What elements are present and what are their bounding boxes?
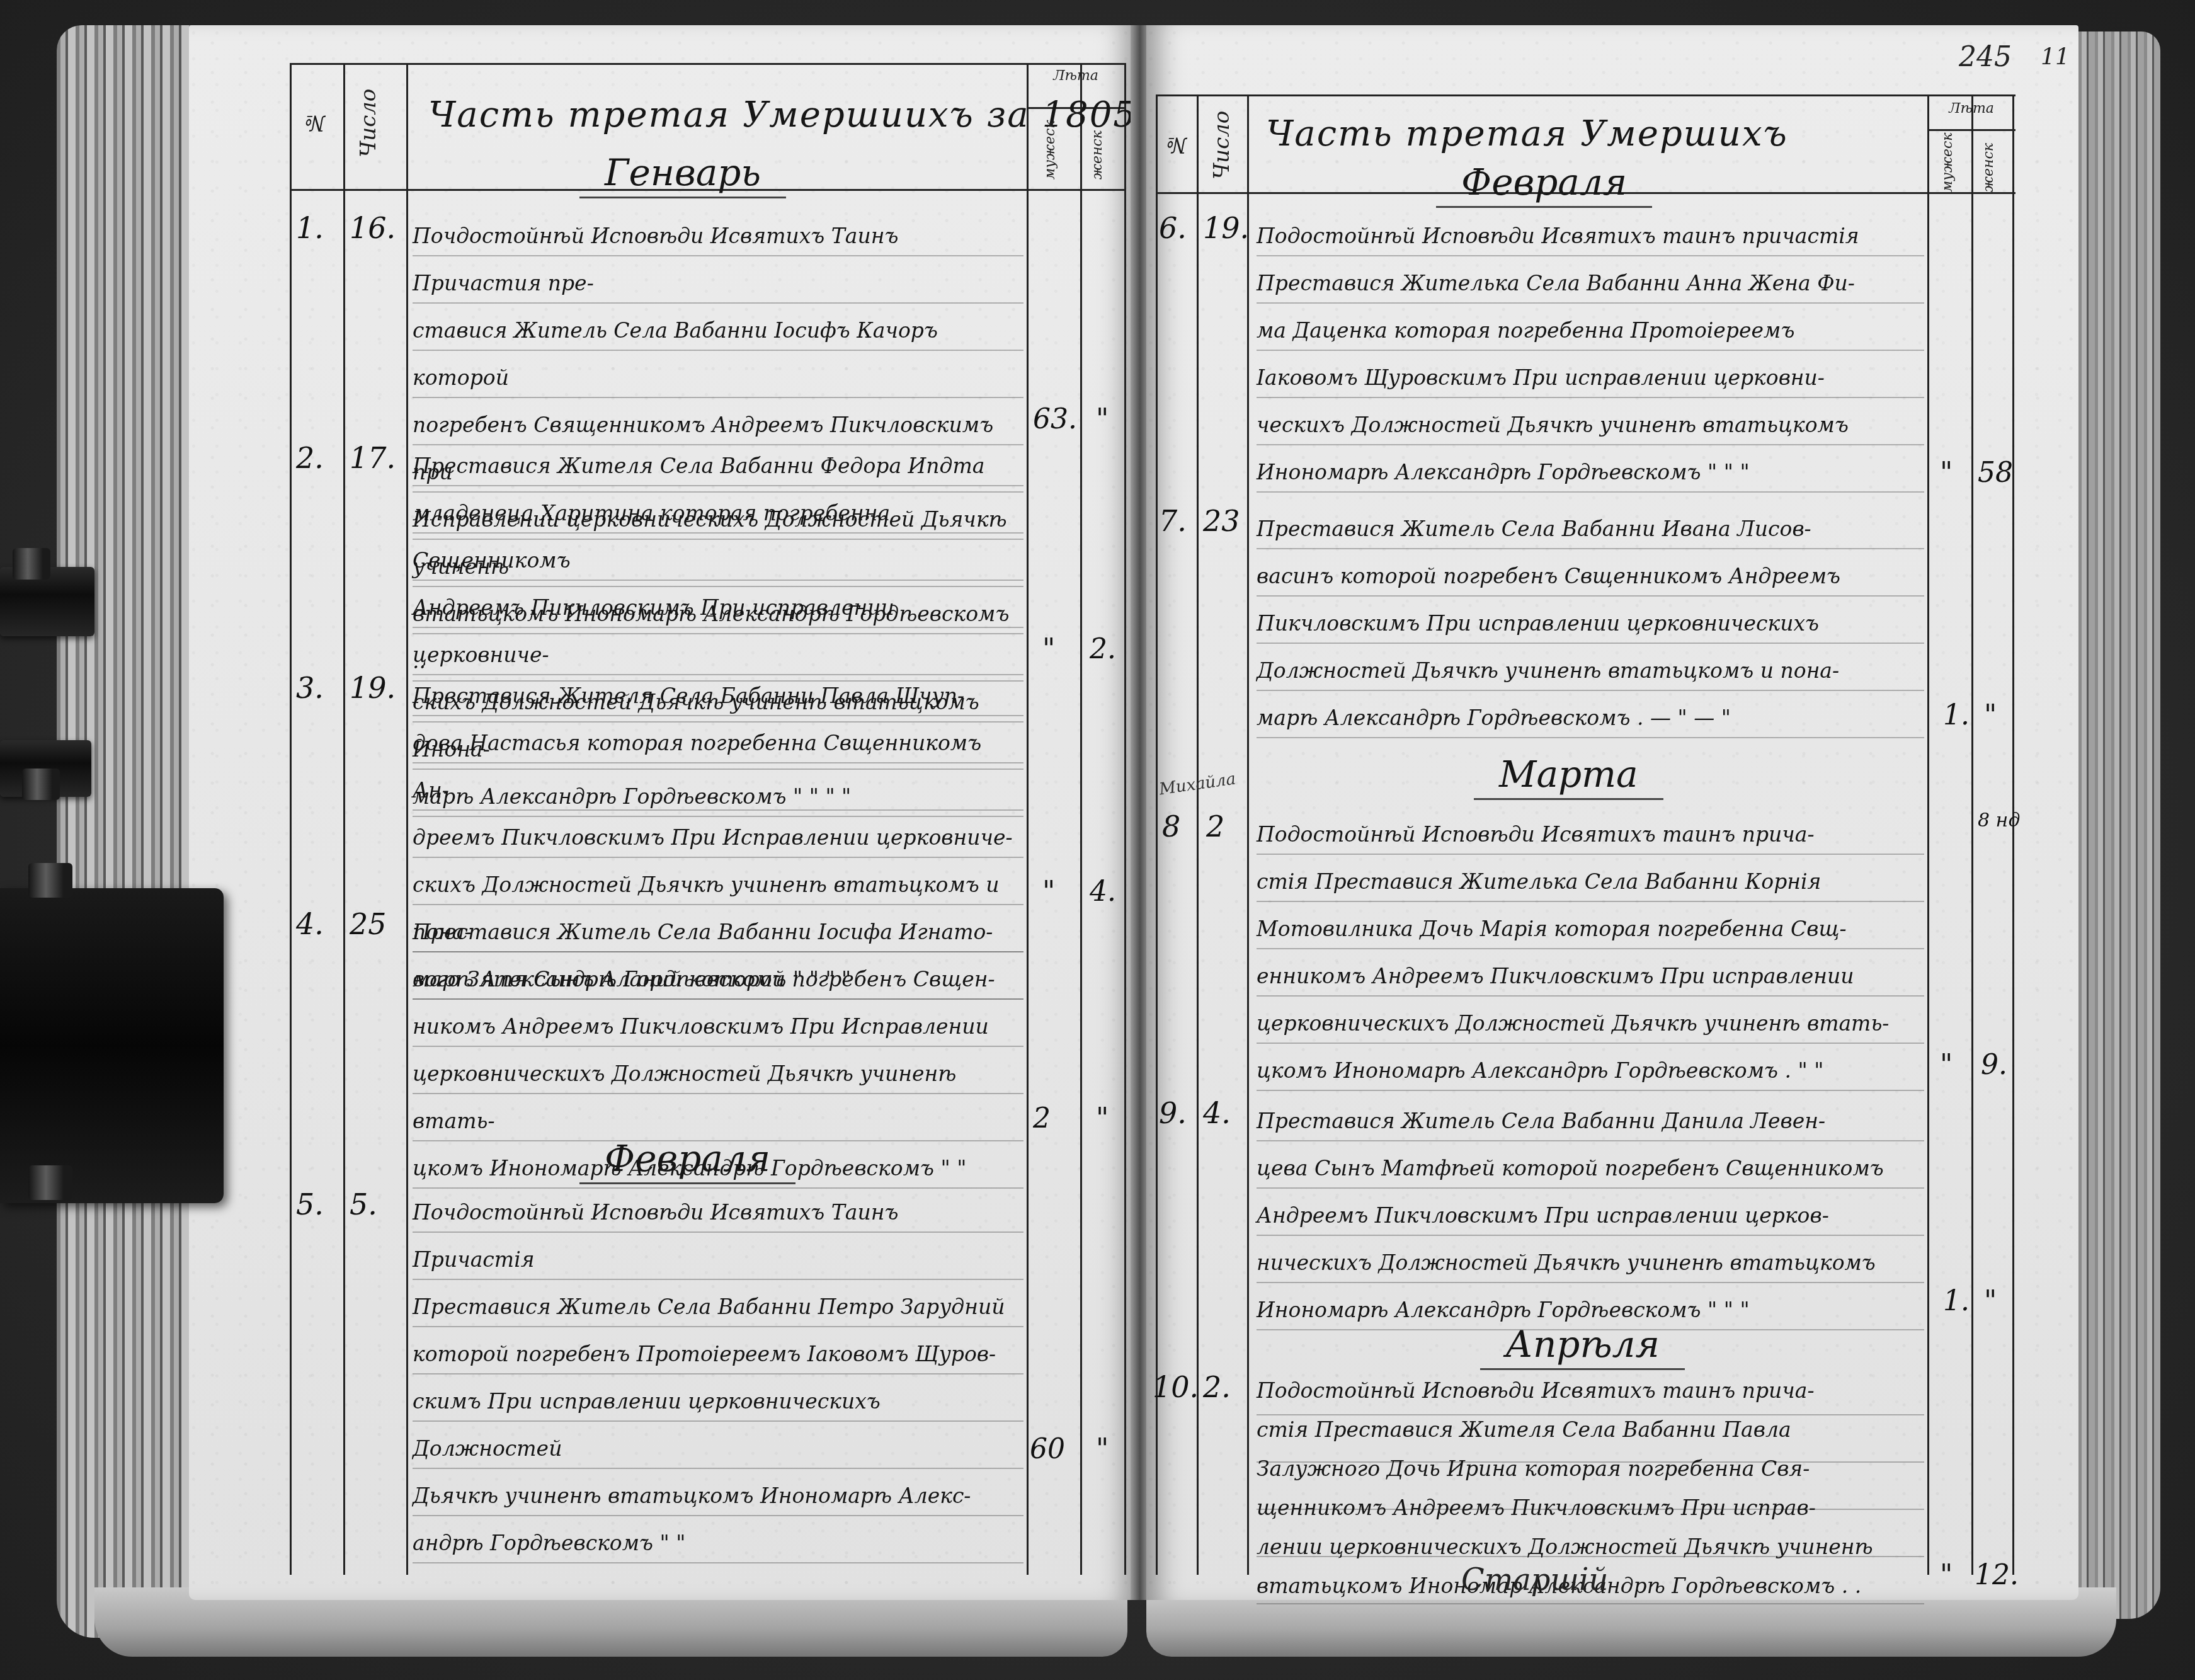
entry-line: стія Преставися Жителька Села Вабанни Ко… [1257,858,1924,905]
column-header-age-female: женск [1981,135,1997,192]
entry-line: Подостойнѣй Исповѣди Исвятихъ таинъ прич… [1257,811,1924,858]
entry-number: 7. [1159,504,1187,538]
entry-line: Подостойнѣй Исповѣди Исвятихъ таинъ прич… [1257,212,1924,260]
age-male: 60 [1030,1433,1065,1465]
entry-line: Дьячкѣ учиненѣ втатьцкомъ Инономарѣ Алек… [413,1472,1023,1519]
entry-line: Пикчловскимъ При исправлении церковничес… [1257,600,1924,647]
entry-number: 9. [1159,1096,1187,1130]
age-female: 12. [1975,1559,2019,1591]
entry-line: скимъ При исправлении церковническихъ До… [413,1378,1023,1472]
entry-day: 23 [1203,504,1240,538]
age-male: 1. [1943,699,1970,731]
entry-line: Преставися Житель Села Вабанни Петро Зар… [413,1283,1023,1330]
left-page: № Число Часть третая Умершиихъ за 1805 г… [189,25,1137,1600]
ruling-line [1156,94,2015,96]
column-header-age-male: мужеск [1042,110,1058,180]
register-entry: 6. 19. Подостойнѣй Исповѣди Исвятихъ таи… [1146,211,2078,488]
entry-line: Почдостойнѣй Исповѣди Исвятихъ Таинъ При… [413,1189,1023,1283]
register-entry: 4. 25 Преставися Житель Села Вабанни Іос… [189,907,1137,1146]
entry-line: Инономарѣ Александрѣ Гордѣевскомъ " " " [1257,449,1924,496]
month-heading-march: Марта [1474,753,1663,800]
register-entry: 7. 23 Преставися Житель Села Вабанни Ива… [1146,504,2078,743]
entry-line: Почдостойнѣй Исповѣди Исвятихъ Таинъ При… [413,212,1023,307]
entry-line: дова Настасья которая погребенна Свщенни… [413,719,1023,814]
entry-text: Почдостойнѣй Исповѣди Исвятихъ Таинъ При… [413,1189,1023,1567]
entry-line: ставися Житель Села Вабанни Іосифъ Качор… [413,307,1023,401]
register-entry: 3. 19. Преставися Жителя Села Бабанни Па… [189,671,1137,910]
entry-line: Преставися Житель Села Вабанни Ивана Лис… [1257,505,1924,552]
entry-line: Андреемъ Пикчловскимъ При исправлении це… [1257,1192,1924,1239]
column-header-age: Лѣта [1032,68,1120,84]
month-heading-january: Генварь [579,151,786,198]
age-male: 2 [1033,1102,1051,1134]
age-female: " [1096,1102,1109,1134]
register-entry: 10. 2. Подостойнѣй Исповѣди Исвятихъ таи… [1146,1370,2078,1660]
entry-number: 10. [1153,1370,1199,1404]
clasp-hinge [28,1165,72,1200]
corner-number: 11 [2041,44,2070,70]
entry-number: 6. [1159,211,1187,245]
entry-line: енникомъ Андреемъ Пикчловскимъ При испра… [1257,952,1924,1000]
entry-line: Преставися Жителя Села Бабанни Павла Шчу… [413,672,1023,719]
age-female: 58 [1978,457,2013,489]
entry-text: Подостойнѣй Исповѣди Исвятихъ таинъ прич… [1257,212,1924,496]
ruling-line [290,63,1124,65]
entry-line: Андреемъ Пикчловскимъ При исправлении це… [413,584,1023,678]
entry-line: цева Сынъ Матфѣей которой погребенъ Свще… [1257,1145,1924,1192]
entry-line: младенеца Харитина которая погребенна Св… [413,489,1023,584]
month-heading-february: Февраля [579,1137,795,1184]
age-female: " [1096,1433,1109,1465]
column-header-number: № [1164,101,1189,189]
entry-line: Мотовилника Дочь Марія которая погребенн… [1257,905,1924,952]
register-entry: 5. 5. Почдостойнѣй Исповѣди Исвятихъ Таи… [189,1187,1137,1477]
entry-day: 19. [350,671,396,705]
entry-line: цкомъ Инономарѣ Александрѣ Гордѣевскомъ … [1257,1047,1924,1094]
age-female: 2. [1090,633,1116,665]
age-male: " [1042,633,1055,665]
entry-line: ческихъ Должностей Дьячкѣ учиненѣ втатьц… [1257,401,1924,449]
folio-number: 245 [1959,41,2012,73]
entry-line: марѣ Александрѣ Гордѣевскомъ . — " — " [1257,694,1924,741]
age-male: 63. [1033,403,1077,435]
age-female: " [1096,403,1109,435]
entry-line: стія Преставися Жителя Села Вабанни Павл… [1257,1410,1924,1449]
entry-number: 1. [296,211,324,245]
entry-line: Преставися Житель Села Вабанни Іосифа Иг… [413,908,1023,956]
register-entry: 2. 17. Преставися Жителя Села Вабанни Фе… [189,441,1137,680]
month-heading-february: Февраля [1436,161,1652,208]
entry-number: 5. [296,1187,324,1221]
age-female-note: 8 нд [1978,809,2020,831]
register-entry: 9. 4. Преставися Житель Села Вабанни Дан… [1146,1096,2078,1335]
age-male: " [1042,876,1055,908]
clasp-hinge [22,769,60,800]
entry-line: ническихъ Должностей Дьячкѣ учиненѣ втат… [1257,1239,1924,1286]
age-female: " [1984,699,1997,731]
entry-day: 16. [350,211,396,245]
column-header-number: № [302,72,328,173]
register-entry: Михайла 8 2 Подостойнѣй Исповѣди Исвятих… [1146,809,2078,1087]
entry-number: 3. [296,671,324,705]
ruling-line [1927,129,2015,131]
entry-number: 8 [1162,809,1180,843]
column-header-day: Число [356,72,381,173]
month-heading-april: Апрѣля [1480,1323,1685,1370]
age-male: " [1940,1049,1953,1081]
entry-line: Залужного Дочь Ирина которая погребенна … [1257,1449,1924,1489]
entry-line: лении церковническихъ Должностей Дьячкѣ … [1257,1528,1924,1567]
entry-line: которой погребенъ Протоіереемъ Іаковомъ … [413,1330,1023,1378]
entry-line: андрѣ Гордѣевскомъ " " [413,1519,1023,1567]
entry-line: васинъ которой погребенъ Свщенникомъ Анд… [1257,552,1924,600]
page-block-edge-left [57,25,208,1638]
age-female: 4. [1090,876,1116,908]
page-block-edge-right [2078,31,2160,1619]
page-title: Часть третая Умершихъ [1266,113,1788,154]
entry-line: вого Зятя Сынъ Аланий которой погребенъ … [413,956,1023,1003]
entry-text: Преставися Житель Села Вабанни Ивана Лис… [1257,505,1924,741]
entry-line: Іаковомъ Щуровскимъ При исправлении церк… [1257,354,1924,401]
column-header-age: Лѣта [1930,101,2012,117]
binding-clasp-plate [0,888,224,1203]
age-female: " [1984,1285,1997,1317]
entry-day: 5. [350,1187,377,1221]
right-page: 245 11 № Число Часть третая Умершихъ Лѣт… [1146,25,2078,1600]
clasp-hinge [13,548,50,580]
signature: Старшій [1461,1562,1608,1597]
entry-day: 2 [1206,809,1224,843]
column-header-day: Число [1209,101,1234,189]
clasp-hinge [28,863,72,898]
entry-line: Подостойнѣй Исповѣди Исвятихъ таинъ прич… [1257,1371,1924,1410]
entry-line: Преставися Жителя Села Вабанни Федора Ип… [413,442,1023,489]
entry-number: 4. [296,907,324,941]
entry-line: дреемъ Пикчловскимъ При Исправлении церк… [413,814,1023,861]
column-header-age-female: женск [1090,110,1105,180]
entry-line: Преставися Жителька Села Вабанни Анна Же… [1257,260,1924,307]
register-entry: 1. 16. Почдостойнѣй Исповѣди Исвятихъ Та… [189,211,1137,450]
age-female: 9. [1981,1049,2007,1081]
entry-line: щенникомъ Андреемъ Пикчловскимъ При испр… [1257,1489,1924,1528]
entry-day: 19. [1203,211,1249,245]
entry-text: Преставися Житель Села Вабанни Данила Ле… [1257,1097,1924,1334]
age-male: " [1940,1559,1953,1591]
entry-line: Преставися Житель Села Вабанни Данила Ле… [1257,1097,1924,1145]
entry-day: 17. [350,441,396,475]
age-male: " [1940,457,1953,489]
entry-day: 4. [1203,1096,1231,1130]
entry-line: никомъ Андреемъ Пикчловскимъ При Исправл… [413,1003,1023,1050]
entry-line: церковническихъ Должностей Дьячкѣ учинен… [413,1050,1023,1145]
entry-day: 25 [350,907,387,941]
entry-day: 2. [1203,1370,1231,1404]
entry-line: церковническихъ Должностей Дьячкѣ учинен… [1257,1000,1924,1047]
entry-line: ма Даценка которая погребенна Протоіерее… [1257,307,1924,354]
entry-text: Подостойнѣй Исповѣди Исвятихъ таинъ прич… [1257,811,1924,1094]
entry-line: Должностей Дьячкѣ учиненѣ втатьцкомъ и п… [1257,647,1924,694]
column-header-age-male: мужеск [1940,135,1956,192]
entry-number: 2. [296,441,324,475]
age-male: 1. [1943,1285,1970,1317]
